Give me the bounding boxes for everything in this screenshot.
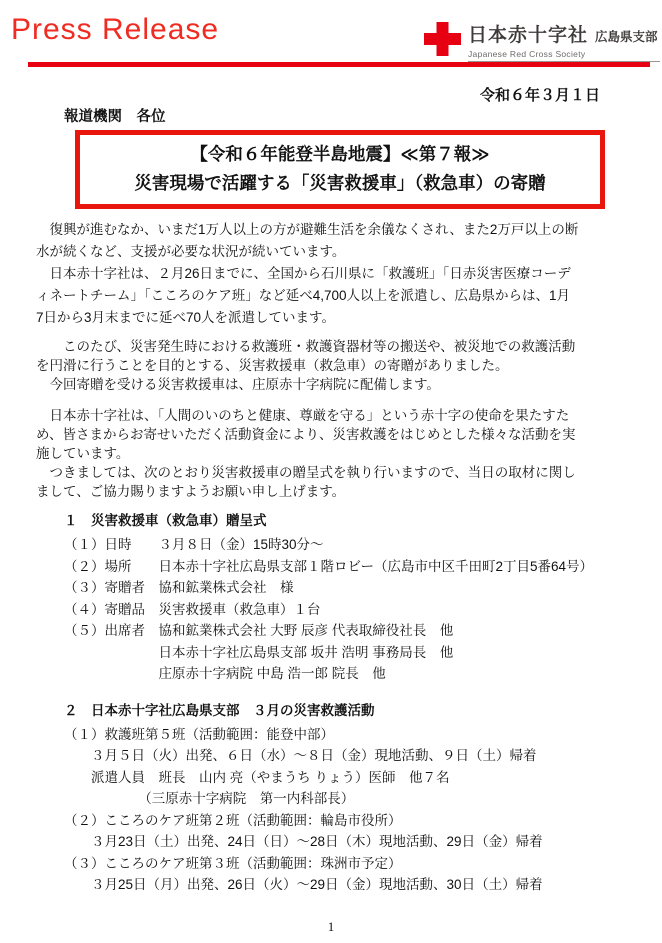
body-line: 施しています。 (36, 444, 634, 463)
press-release-banner: Press Release (11, 13, 219, 47)
list-line: （１）日時 ３月８日（金）15時30分～ (64, 534, 634, 556)
title-box: 【令和６年能登半島地震】≪第７報≫ 災害現場で活躍する「災害救援車」（救急車）の… (75, 130, 605, 209)
page-number: 1 (0, 919, 662, 935)
title-line-1: 【令和６年能登半島地震】≪第７報≫ (80, 140, 600, 169)
branch-name: 広島県支部 (595, 27, 658, 45)
list-line: （５）出席者 協和鉱業株式会社 大野 辰彦 代表取締役社長 他 (64, 620, 634, 642)
section-ceremony: １ 災害救援車（救急車）贈呈式 （１）日時 ３月８日（金）15時30分～ （２）… (64, 511, 634, 685)
paragraph-1: 復興が進むなか、いまだ1万人以上の方が避難生活を余儀なくされ、また2万戸以上の断… (36, 219, 634, 329)
press-release-page: Press Release 日本赤十字社 広島県支部 Japanese Red … (0, 0, 662, 943)
list-line: ３月23日（土）出発、24日（日）～28日（木）現地活動、29日（金）帰着 (64, 831, 634, 853)
section-2-heading: ２ 日本赤十字社広島県支部 ３月の災害救護活動 (64, 701, 634, 721)
list-line: （３）こころのケア班第３班（活動範囲：珠洲市予定） (64, 853, 634, 875)
body-line: ィネートチーム」「こころのケア班」など延べ4,700人以上を派遣し、広島県からは… (36, 285, 634, 307)
document-date: 令和６年３月１日 (0, 84, 600, 105)
list-line: 派遣人員 班長 山内 亮（やまうち りょう）医師 他７名 (64, 767, 634, 789)
document-body: 復興が進むなか、いまだ1万人以上の方が避難生活を余儀なくされ、また2万戸以上の断… (36, 216, 634, 896)
red-cross-logo: 日本赤十字社 広島県支部 Japanese Red Cross Society (424, 20, 660, 62)
addressee: 報道機関 各位 (64, 105, 166, 126)
org-name: 日本赤十字社 (468, 20, 588, 47)
list-line: （３）寄贈者 協和鉱業株式会社 様 (64, 577, 634, 599)
body-line: 日本赤十字社は、２月26日までに、全国から石川県に「救護班」「日赤災害医療コーデ (36, 263, 634, 285)
header-rule (28, 62, 650, 67)
section-march-activities: ２ 日本赤十字社広島県支部 ３月の災害救護活動 （１）救護班第５班（活動範囲：能… (64, 701, 634, 896)
list-line: （１）救護班第５班（活動範囲：能登中部） (64, 724, 634, 746)
list-line: ３月25日（月）出発、26日（火）～29日（金）現地活動、30日（土）帰着 (64, 874, 634, 896)
paragraph-2: このたび、災害発生時における救護班・救護資器材等の搬送や、被災地での救護活動 を… (36, 337, 634, 394)
body-line: つきましては、次のとおり災害救援車の贈呈式を執り行いますので、当日の取材に関し (36, 463, 634, 482)
list-line: （三原赤十字病院 第一内科部長） (64, 788, 634, 810)
logo-text-block: 日本赤十字社 広島県支部 Japanese Red Cross Society (468, 20, 660, 62)
body-line: このたび、災害発生時における救護班・救護資器材等の搬送や、被災地での救護活動 (36, 337, 634, 356)
body-line: を円滑に行うことを目的とする、災害救援車（救急車）の寄贈がありました。 (36, 356, 634, 375)
body-line: 日本赤十字社は、「人間のいのちと健康、尊厳を守る」という赤十字の使命を果たすた (36, 406, 634, 425)
body-line: め、皆さまからお寄せいただく活動資金により、災害救護をはじめとした様々な活動を実 (36, 425, 634, 444)
body-line: 水が続くなど、支援が必要な状況が続いています。 (36, 241, 634, 263)
body-line: 復興が進むなか、いまだ1万人以上の方が避難生活を余儀なくされ、また2万戸以上の断 (36, 219, 634, 241)
list-line: （２）場所 日本赤十字社広島県支部１階ロビー（広島市中区千田町2丁目5番64号） (64, 556, 634, 578)
org-name-en: Japanese Red Cross Society (468, 49, 660, 59)
list-line: （４）寄贈品 災害救援車（救急車）１台 (64, 599, 634, 621)
paragraph-3: 日本赤十字社は、「人間のいのちと健康、尊厳を守る」という赤十字の使命を果たすた … (36, 406, 634, 501)
list-line: ３月５日（火）出発、６日（水）～８日（金）現地活動、９日（土）帰着 (64, 745, 634, 767)
list-line: （２）こころのケア班第２班（活動範囲：輪島市役所） (64, 810, 634, 832)
body-line: 7日から3月末までに延べ70人を派遣しています。 (36, 307, 634, 329)
section-1-heading: １ 災害救援車（救急車）贈呈式 (64, 511, 634, 531)
body-line: 今回寄贈を受ける災害救援車は、庄原赤十字病院に配備します。 (36, 375, 634, 394)
title-line-2: 災害現場で活躍する「災害救援車」（救急車）の寄贈 (80, 169, 600, 198)
red-cross-icon (424, 22, 461, 62)
list-line: 日本赤十字社広島県支部 坂井 浩明 事務局長 他 (64, 642, 634, 664)
list-line: 庄原赤十字病院 中島 浩一郎 院長 他 (64, 663, 634, 685)
body-line: まして、ご協力賜りますようお願い申し上げます。 (36, 482, 634, 501)
